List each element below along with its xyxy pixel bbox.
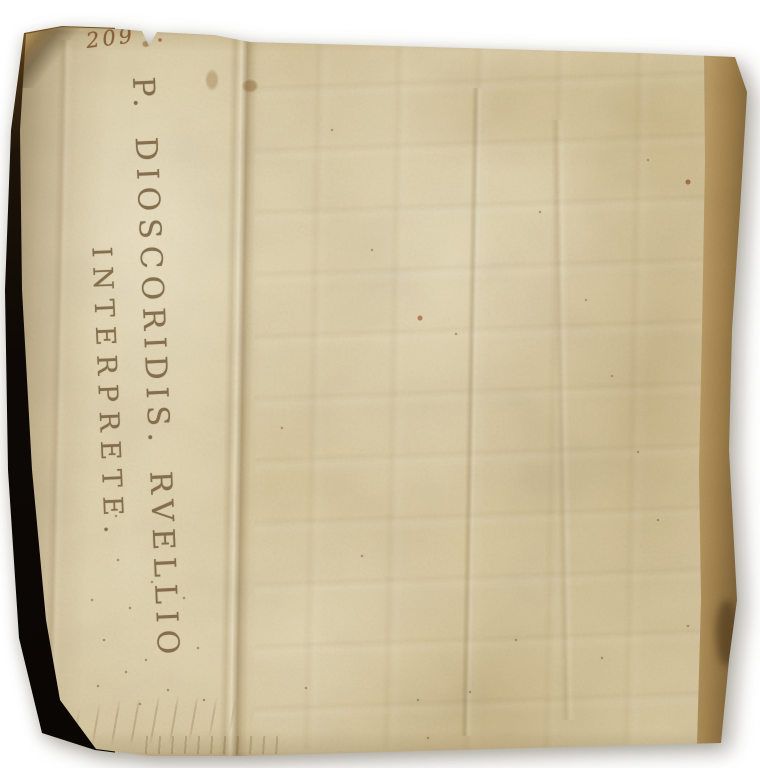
parchment-cover: 209 P. DIOSCORIDIS. RVELLIO INTERPRETE. xyxy=(0,0,760,768)
book-drop-shadow: 209 P. DIOSCORIDIS. RVELLIO INTERPRETE. xyxy=(0,0,760,768)
vellum-book: 209 P. DIOSCORIDIS. RVELLIO INTERPRETE. xyxy=(0,0,760,768)
photo-frame: 209 P. DIOSCORIDIS. RVELLIO INTERPRETE. xyxy=(0,0,760,768)
bottom-edge-stitching xyxy=(138,736,278,754)
